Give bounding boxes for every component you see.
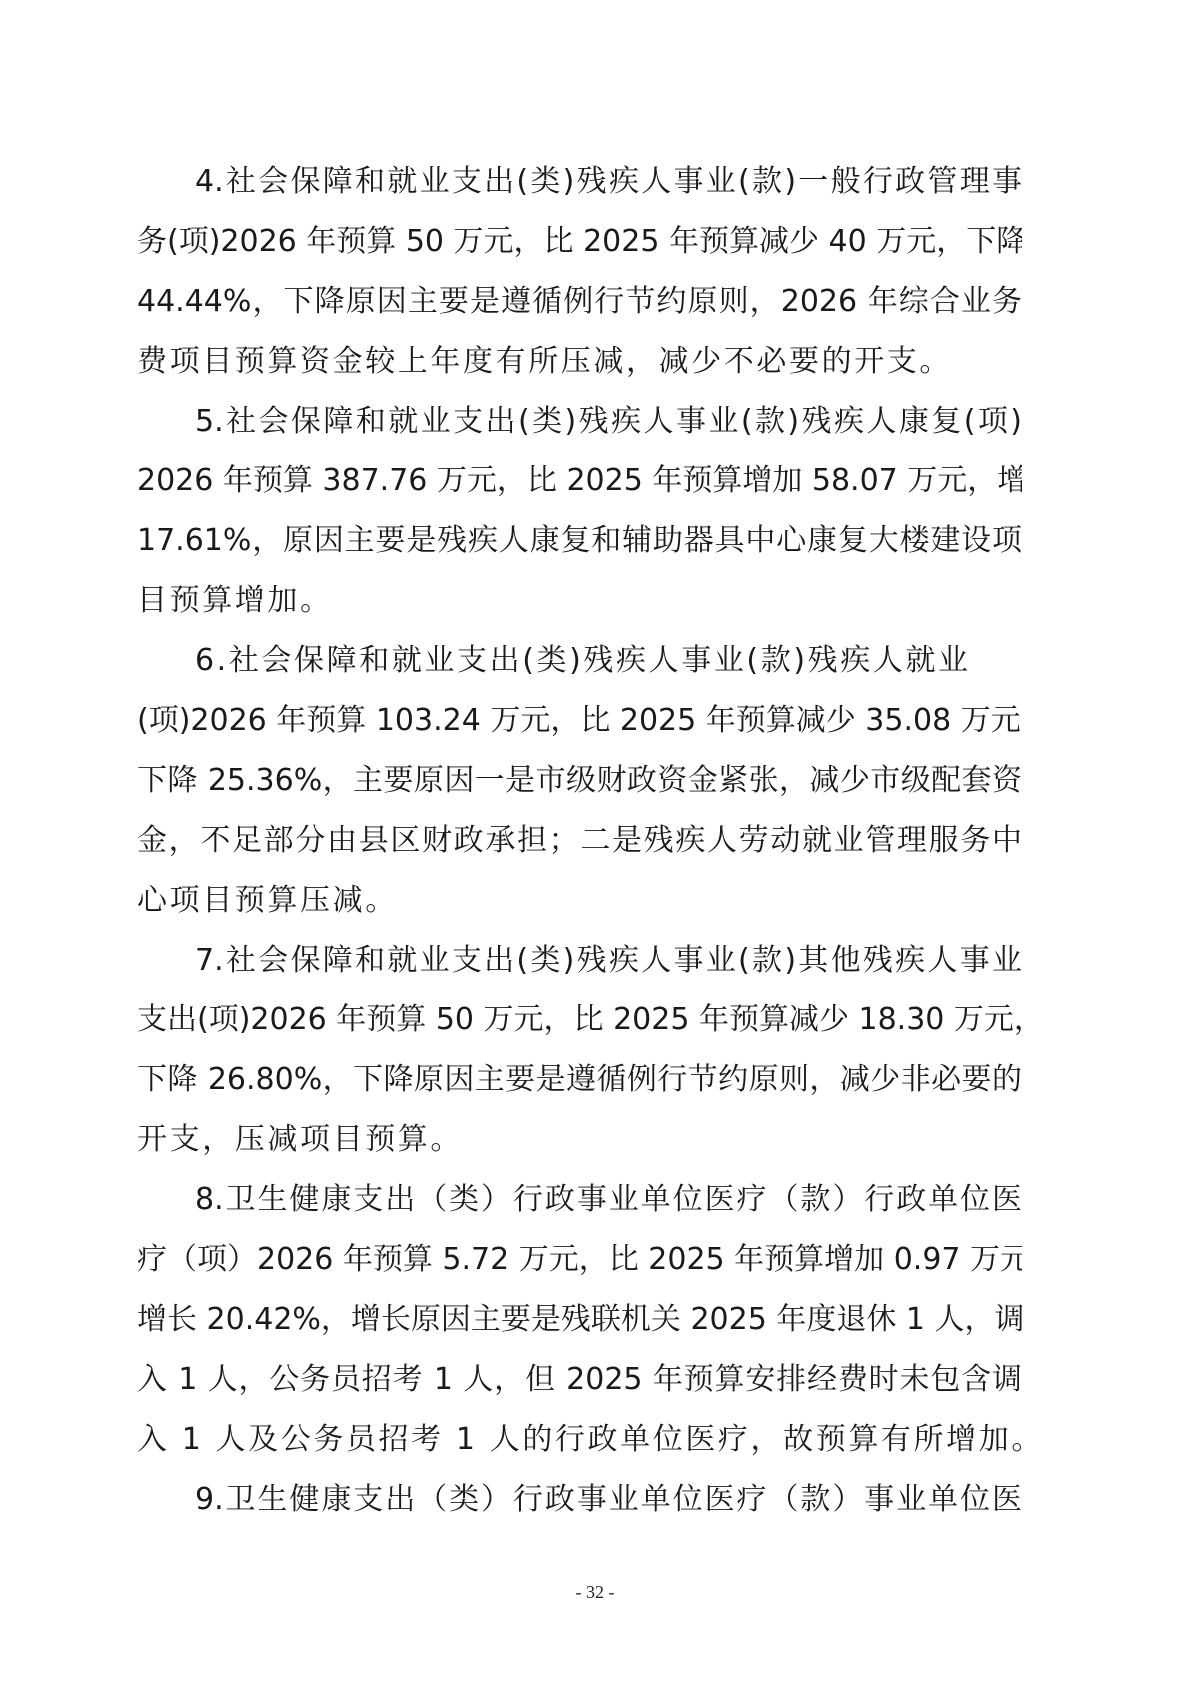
text-line: 金，不足部分由县区财政承担；二是残疾人劳动就业管理服务中 (137, 811, 1022, 871)
document-page: 4.社会保障和就业支出(类)残疾人事业(款)一般行政管理事 务(项)2026 年… (0, 0, 1190, 1683)
text-line: 入 1 人及公务员招考 1 人的行政单位医疗，故预算有所增加。 (137, 1410, 1022, 1470)
text-line: 务(项)2026 年预算 50 万元，比 2025 年预算减少 40 万元，下降 (137, 212, 1022, 272)
text-line: 17.61%，原因主要是残疾人康复和辅助器具中心康复大楼建设项 (137, 511, 1022, 571)
paragraph-item-5: 5.社会保障和就业支出(类)残疾人事业(款)残疾人康复(项) 2026 年预算 … (137, 392, 1022, 632)
text-line: 费项目预算资金较上年度有所压减，减少不必要的开支。 (137, 332, 1022, 392)
paragraph-item-9: 9.卫生健康支出（类）行政事业单位医疗（款）事业单位医 (137, 1470, 1022, 1530)
page-number: - 32 - (0, 1580, 1190, 1604)
text-line: 增长 20.42%，增长原因主要是残联机关 2025 年度退休 1 人，调 (137, 1290, 1022, 1350)
text-line: 下降 26.80%，下降原因主要是遵循例行节约原则，减少非必要的 (137, 1050, 1022, 1110)
text-line: 44.44%，下降原因主要是遵循例行节约原则，2026 年综合业务 (137, 272, 1022, 332)
paragraph-item-8: 8.卫生健康支出（类）行政事业单位医疗（款）行政单位医 疗（项）2026 年预算… (137, 1170, 1022, 1469)
text-line: 6.社会保障和就业支出(类)残疾人事业(款)残疾人就业 (137, 631, 1022, 691)
text-line: 开支，压减项目预算。 (137, 1110, 1022, 1170)
text-line: 支出(项)2026 年预算 50 万元，比 2025 年预算减少 18.30 万… (137, 990, 1022, 1050)
text-line: (项)2026 年预算 103.24 万元，比 2025 年预算减少 35.08… (137, 691, 1022, 751)
text-line: 5.社会保障和就业支出(类)残疾人事业(款)残疾人康复(项) (137, 392, 1022, 452)
paragraph-item-7: 7.社会保障和就业支出(类)残疾人事业(款)其他残疾人事业 支出(项)2026 … (137, 931, 1022, 1171)
paragraph-item-4: 4.社会保障和就业支出(类)残疾人事业(款)一般行政管理事 务(项)2026 年… (137, 152, 1022, 392)
text-line: 2026 年预算 387.76 万元，比 2025 年预算增加 58.07 万元… (137, 451, 1022, 511)
text-line: 8.卫生健康支出（类）行政事业单位医疗（款）行政单位医 (137, 1170, 1022, 1230)
paragraph-item-6: 6.社会保障和就业支出(类)残疾人事业(款)残疾人就业 (项)2026 年预算 … (137, 631, 1022, 930)
text-line: 疗（项）2026 年预算 5.72 万元，比 2025 年预算增加 0.97 万… (137, 1230, 1022, 1290)
text-line: 入 1 人，公务员招考 1 人，但 2025 年预算安排经费时未包含调 (137, 1350, 1022, 1410)
document-body: 4.社会保障和就业支出(类)残疾人事业(款)一般行政管理事 务(项)2026 年… (137, 152, 1022, 1529)
text-line: 下降 25.36%，主要原因一是市级财政资金紧张，减少市级配套资 (137, 751, 1022, 811)
text-line: 目预算增加。 (137, 571, 1022, 631)
text-line: 心项目预算压减。 (137, 871, 1022, 931)
text-line: 4.社会保障和就业支出(类)残疾人事业(款)一般行政管理事 (137, 152, 1022, 212)
text-line: 7.社会保障和就业支出(类)残疾人事业(款)其他残疾人事业 (137, 931, 1022, 991)
text-line: 9.卫生健康支出（类）行政事业单位医疗（款）事业单位医 (137, 1470, 1022, 1530)
